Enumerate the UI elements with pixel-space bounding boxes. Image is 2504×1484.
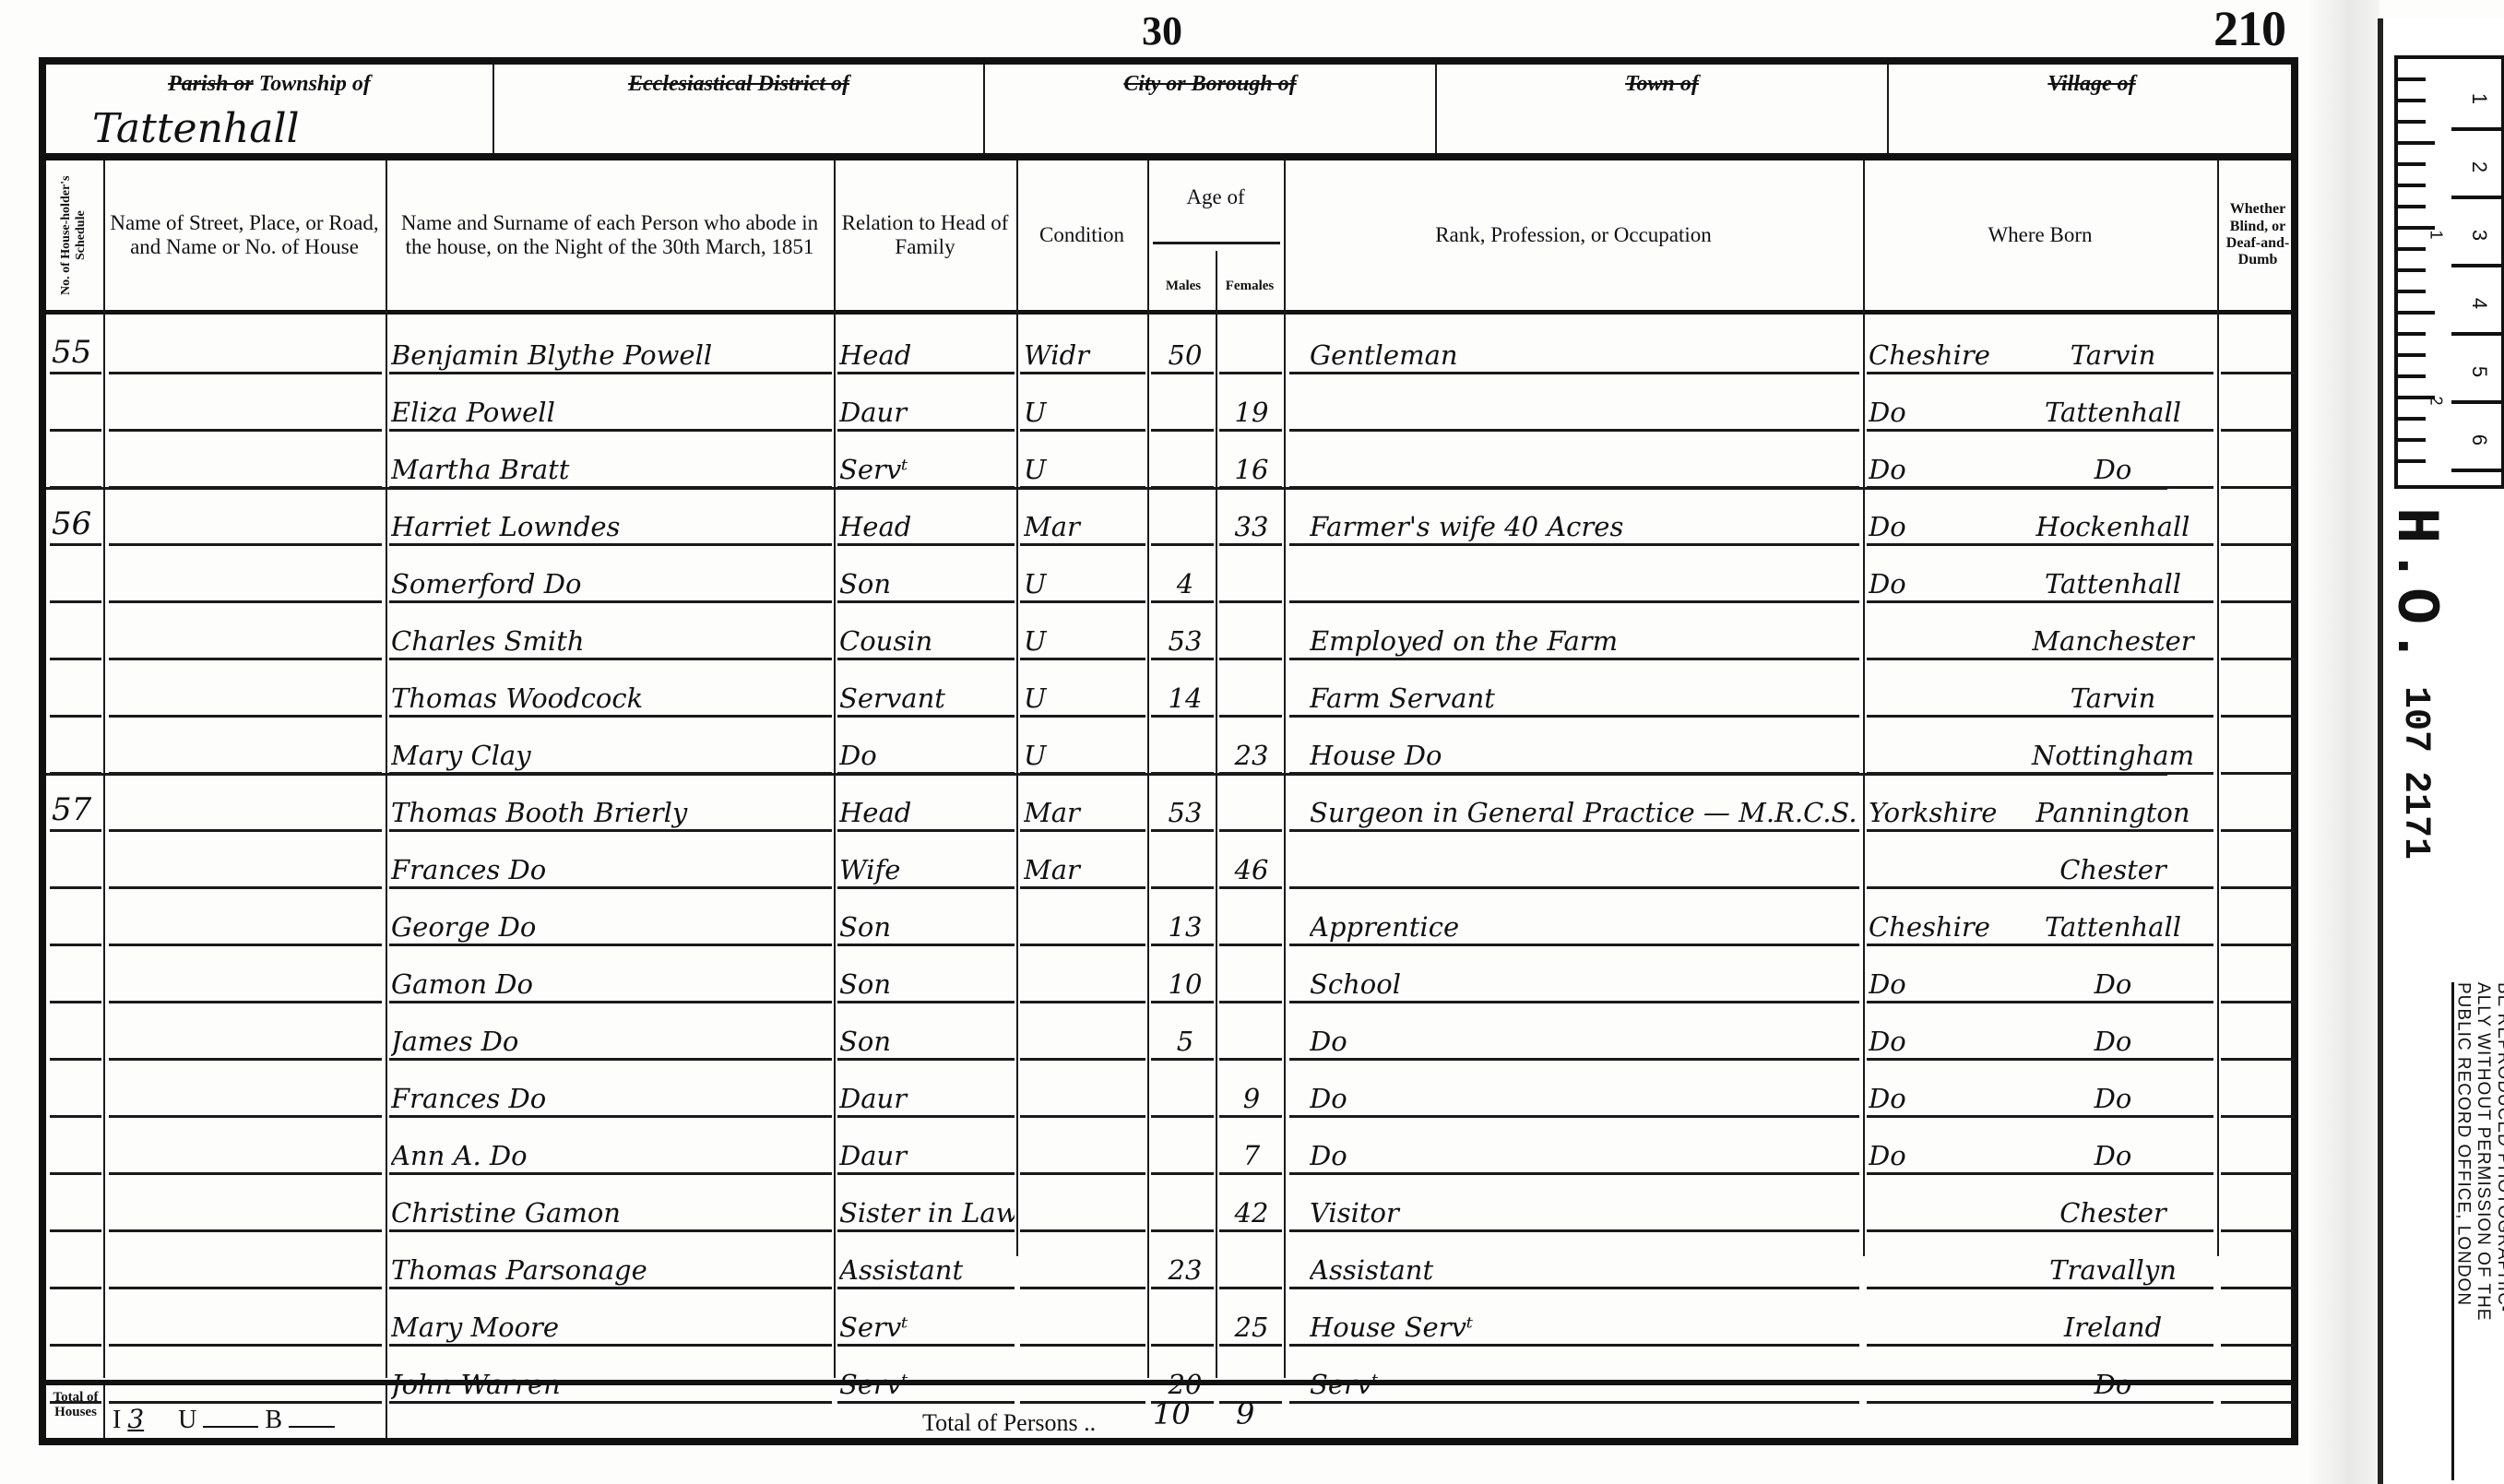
born-place: Do	[2011, 1140, 2215, 1171]
condition: U	[1024, 397, 1144, 428]
male-age: 5	[1157, 1026, 1214, 1057]
schedule-number: 57	[52, 791, 101, 828]
township-cell: Parish or Township of Tattenhall	[46, 65, 492, 153]
relation-to-head: Servᵗ	[839, 1312, 1015, 1343]
occupation: Surgeon in General Practice — M.R.C.S.	[1310, 797, 1859, 828]
table-row: Charles SmithCousinU53Employed on the Fa…	[46, 605, 2291, 662]
total-houses-label: Total of Houses	[50, 1391, 101, 1420]
condition: Mar	[1024, 797, 1144, 828]
occupation: Apprentice	[1310, 911, 1859, 943]
person-name: Ann A. Do	[391, 1140, 832, 1171]
relation-to-head: Head	[839, 339, 1015, 371]
male-age: 4	[1157, 568, 1214, 600]
col-head-males: Males	[1151, 279, 1216, 294]
copyright-notice: BE REPRODUCED PHOTOGRAPHIC- ALLY WITHOUT…	[2451, 982, 2504, 1480]
table-row: Martha BrattServᵗU16DoDo	[46, 433, 2291, 491]
table-row: Thomas WoodcockServantU14Farm ServantTar…	[46, 662, 2291, 719]
schedule-number: 56	[52, 505, 101, 542]
ruler-inch-mark: 2	[2427, 396, 2446, 405]
occupation: House Servᵗ	[1310, 1312, 1859, 1343]
ruler-cm-mark: 3	[2467, 230, 2491, 241]
occupation: Employed on the Farm	[1310, 625, 1859, 657]
col-head-occupation: Rank, Profession, or Occupation	[1286, 160, 1861, 310]
folio-number: 210	[2213, 0, 2285, 57]
relation-to-head: Daur	[839, 1140, 1015, 1171]
male-age: 50	[1157, 339, 1214, 371]
person-name: Martha Bratt	[391, 454, 832, 485]
condition: U	[1024, 740, 1144, 771]
female-age: 9	[1223, 1083, 1280, 1114]
born-county: Do	[1869, 1083, 2007, 1114]
table-row: George DoSon13ApprenticeCheshireTattenha…	[46, 891, 2291, 948]
male-age: 10	[1157, 968, 1214, 1000]
male-age: 53	[1157, 625, 1214, 657]
born-county: Do	[1869, 511, 2007, 542]
total-males: 10	[1153, 1396, 1191, 1431]
born-place: Ireland	[2011, 1312, 2215, 1343]
census-enumeration-form: Parish or Township of Tattenhall Ecclesi…	[39, 57, 2298, 1445]
table-row: Gamon DoSon10SchoolDoDo	[46, 948, 2291, 1005]
born-county: Do	[1869, 397, 2007, 428]
table-row: Eliza PowellDaurU19DoTattenhall	[46, 376, 2291, 433]
condition: Widr	[1024, 339, 1144, 371]
born-place: Do	[2011, 1083, 2215, 1114]
occupation: School	[1310, 968, 1859, 1000]
born-place: Do	[2011, 968, 2215, 1000]
female-age: 25	[1223, 1312, 1280, 1343]
condition: U	[1024, 454, 1144, 485]
relation-to-head: Sister in Law	[839, 1197, 1015, 1229]
condition: U	[1024, 625, 1144, 657]
col-head-where-born: Where Born	[1865, 160, 2215, 310]
household-separator	[46, 487, 2167, 490]
born-place: Do	[2011, 454, 2215, 485]
col-head-condition: Condition	[1018, 160, 1145, 310]
born-place: Tarvin	[2011, 683, 2215, 714]
born-county: Cheshire	[1869, 911, 2007, 943]
col-head-name: Name and Surname of each Person who abod…	[387, 160, 832, 310]
stamp-number: 30	[1142, 7, 1182, 54]
relation-to-head: Son	[839, 911, 1015, 943]
town-cell: Town of	[1437, 65, 1887, 153]
ruler-cm-mark: 1	[2467, 93, 2491, 104]
table-row: Mary ClayDoU23House DoNottingham	[46, 719, 2291, 777]
ecclesiastical-cell: Ecclesiastical District of	[494, 65, 983, 153]
relation-to-head: Do	[839, 740, 1015, 771]
born-county: Do	[1869, 568, 2007, 600]
city-cell: City or Borough of	[985, 65, 1435, 153]
female-age: 46	[1223, 854, 1280, 885]
female-age: 16	[1223, 454, 1280, 485]
ruler-cm-mark: 2	[2467, 161, 2491, 172]
township-value: Tattenhall	[92, 105, 300, 152]
female-age: 23	[1223, 740, 1280, 771]
relation-to-head: Son	[839, 568, 1015, 600]
condition: Mar	[1024, 511, 1144, 542]
born-county: Do	[1869, 968, 2007, 1000]
table-row: Christine GamonSister in Law42VisitorChe…	[46, 1177, 2291, 1234]
bottom-rule	[46, 1438, 2291, 1445]
born-place: Travallyn	[2011, 1254, 2215, 1286]
household-separator	[46, 773, 2167, 776]
person-name: Gamon Do	[391, 968, 832, 1000]
person-name: George Do	[391, 911, 832, 943]
born-county: Cheshire	[1869, 339, 2007, 371]
born-place: Chester	[2011, 1197, 2215, 1229]
occupation: Farmer's wife 40 Acres	[1310, 511, 1859, 542]
table-row: Thomas ParsonageAssistant23AssistantTrav…	[46, 1234, 2291, 1291]
document-reference: H.O. 107 2171	[2394, 507, 2450, 950]
male-age: 23	[1157, 1254, 1214, 1286]
born-county: Do	[1869, 454, 2007, 485]
male-age: 14	[1157, 683, 1214, 714]
table-row: 56Harriet LowndesHeadMar33Farmer's wife …	[46, 491, 2291, 548]
person-name: Mary Moore	[391, 1312, 832, 1343]
born-place: Pannington	[2011, 797, 2215, 828]
female-age: 42	[1223, 1197, 1280, 1229]
houses-inhabited: I 3 U B	[113, 1404, 335, 1435]
born-place: Tattenhall	[2011, 568, 2215, 600]
ruler-cm-mark: 4	[2467, 298, 2491, 309]
female-age: 7	[1223, 1140, 1280, 1171]
person-name: Somerford Do	[391, 568, 832, 600]
person-name: Frances Do	[391, 854, 832, 885]
born-place: Do	[2011, 1026, 2215, 1057]
relation-to-head: Son	[839, 968, 1015, 1000]
born-place: Nottingham	[2011, 740, 2215, 771]
relation-to-head: Wife	[839, 854, 1015, 885]
total-females: 9	[1236, 1396, 1254, 1431]
relation-to-head: Daur	[839, 397, 1015, 428]
person-name: Christine Gamon	[391, 1197, 832, 1229]
footer-rule	[46, 1380, 2291, 1385]
occupation: Do	[1310, 1026, 1859, 1057]
person-name: Mary Clay	[391, 740, 832, 771]
table-row: 57Thomas Booth BrierlyHeadMar53Surgeon i…	[46, 777, 2291, 834]
relation-to-head: Servant	[839, 683, 1015, 714]
table-row: Mary MooreServᵗ25House ServᵗIreland	[46, 1291, 2291, 1348]
ruler-cm-mark: 5	[2467, 366, 2491, 377]
person-name: Eliza Powell	[391, 397, 832, 428]
reference-series: H.O.	[2380, 507, 2450, 668]
male-age: 13	[1157, 911, 1214, 943]
col-head-street: Name of Street, Place, or Road, and Name…	[105, 160, 384, 310]
born-county: Do	[1869, 1140, 2007, 1171]
born-place: Tattenhall	[2011, 397, 2215, 428]
col-head-females: Females	[1217, 279, 1282, 294]
person-name: Harriet Lowndes	[391, 511, 832, 542]
person-name: James Do	[391, 1026, 832, 1057]
born-place: Manchester	[2011, 625, 2215, 657]
col-head-schedule: No. of House-holder's Schedule	[46, 160, 101, 310]
col-head-blind-deaf: Whether Blind, or Deaf-and-Dumb	[2219, 160, 2296, 310]
born-place: Tattenhall	[2011, 911, 2215, 943]
born-place: Tarvin	[2011, 339, 2215, 371]
condition: Mar	[1024, 854, 1144, 885]
total-persons-label: Total of Persons ..	[922, 1409, 1096, 1437]
occupation: House Do	[1310, 740, 1859, 771]
relation-to-head: Head	[839, 797, 1015, 828]
person-name: Charles Smith	[391, 625, 832, 657]
township-label: Parish or Township of	[46, 72, 492, 97]
occupation: Visitor	[1310, 1197, 1859, 1229]
relation-to-head: Head	[839, 511, 1015, 542]
occupation: Do	[1310, 1083, 1859, 1114]
condition: U	[1024, 568, 1144, 600]
relation-to-head: Daur	[839, 1083, 1015, 1114]
table-row: Ann A. DoDaur7DoDoDo	[46, 1120, 2291, 1177]
occupation: Farm Servant	[1310, 683, 1859, 714]
person-name: Thomas Woodcock	[391, 683, 832, 714]
born-county: Do	[1869, 1026, 2007, 1057]
reference-folio: 2171	[2394, 771, 2436, 860]
relation-to-head: Servᵗ	[839, 454, 1015, 485]
born-place: Hockenhall	[2011, 511, 2215, 542]
table-row: 55Benjamin Blythe PowellHeadWidr50Gentle…	[46, 319, 2291, 376]
born-county: Yorkshire	[1869, 797, 2007, 828]
top-rule	[46, 57, 2291, 65]
relation-to-head: Assistant	[839, 1254, 1015, 1286]
col-head-age: Age of	[1149, 160, 1282, 234]
person-name: Thomas Booth Brierly	[391, 797, 832, 828]
ruler-inch-mark: 1	[2427, 230, 2446, 239]
occupation: Gentleman	[1310, 339, 1859, 371]
person-name: Thomas Parsonage	[391, 1254, 832, 1286]
condition: U	[1024, 683, 1144, 714]
female-age: 33	[1223, 511, 1280, 542]
archive-reference-strip: 12345612 H.O. 107 2171 BE REPRODUCED PHO…	[2378, 18, 2504, 1484]
table-row: Frances DoDaur9DoDoDo	[46, 1063, 2291, 1120]
male-age: 53	[1157, 797, 1214, 828]
female-age: 19	[1223, 397, 1280, 428]
page-gutter-shadow	[2306, 0, 2379, 1484]
relation-to-head: Cousin	[839, 625, 1015, 657]
ruler-cm-mark: 6	[2467, 434, 2491, 445]
schedule-number: 55	[52, 334, 101, 371]
person-name: Benjamin Blythe Powell	[391, 339, 832, 371]
relation-to-head: Son	[839, 1026, 1015, 1057]
village-cell: Village of	[1889, 65, 2295, 153]
header-rule	[46, 153, 2291, 160]
scale-ruler: 12345612	[2394, 55, 2504, 489]
occupation: Do	[1310, 1140, 1859, 1171]
table-row: Somerford DoSonU4DoTattenhall	[46, 548, 2291, 605]
column-head-rule	[46, 310, 2291, 315]
table-row: James DoSon5DoDoDo	[46, 1005, 2291, 1063]
born-place: Chester	[2011, 854, 2215, 885]
person-name: Frances Do	[391, 1083, 832, 1114]
table-row: Frances DoWifeMar46Chester	[46, 834, 2291, 891]
occupation: Assistant	[1310, 1254, 1859, 1286]
col-head-relation: Relation to Head of Family	[836, 160, 1015, 310]
reference-piece: 107	[2394, 686, 2436, 753]
